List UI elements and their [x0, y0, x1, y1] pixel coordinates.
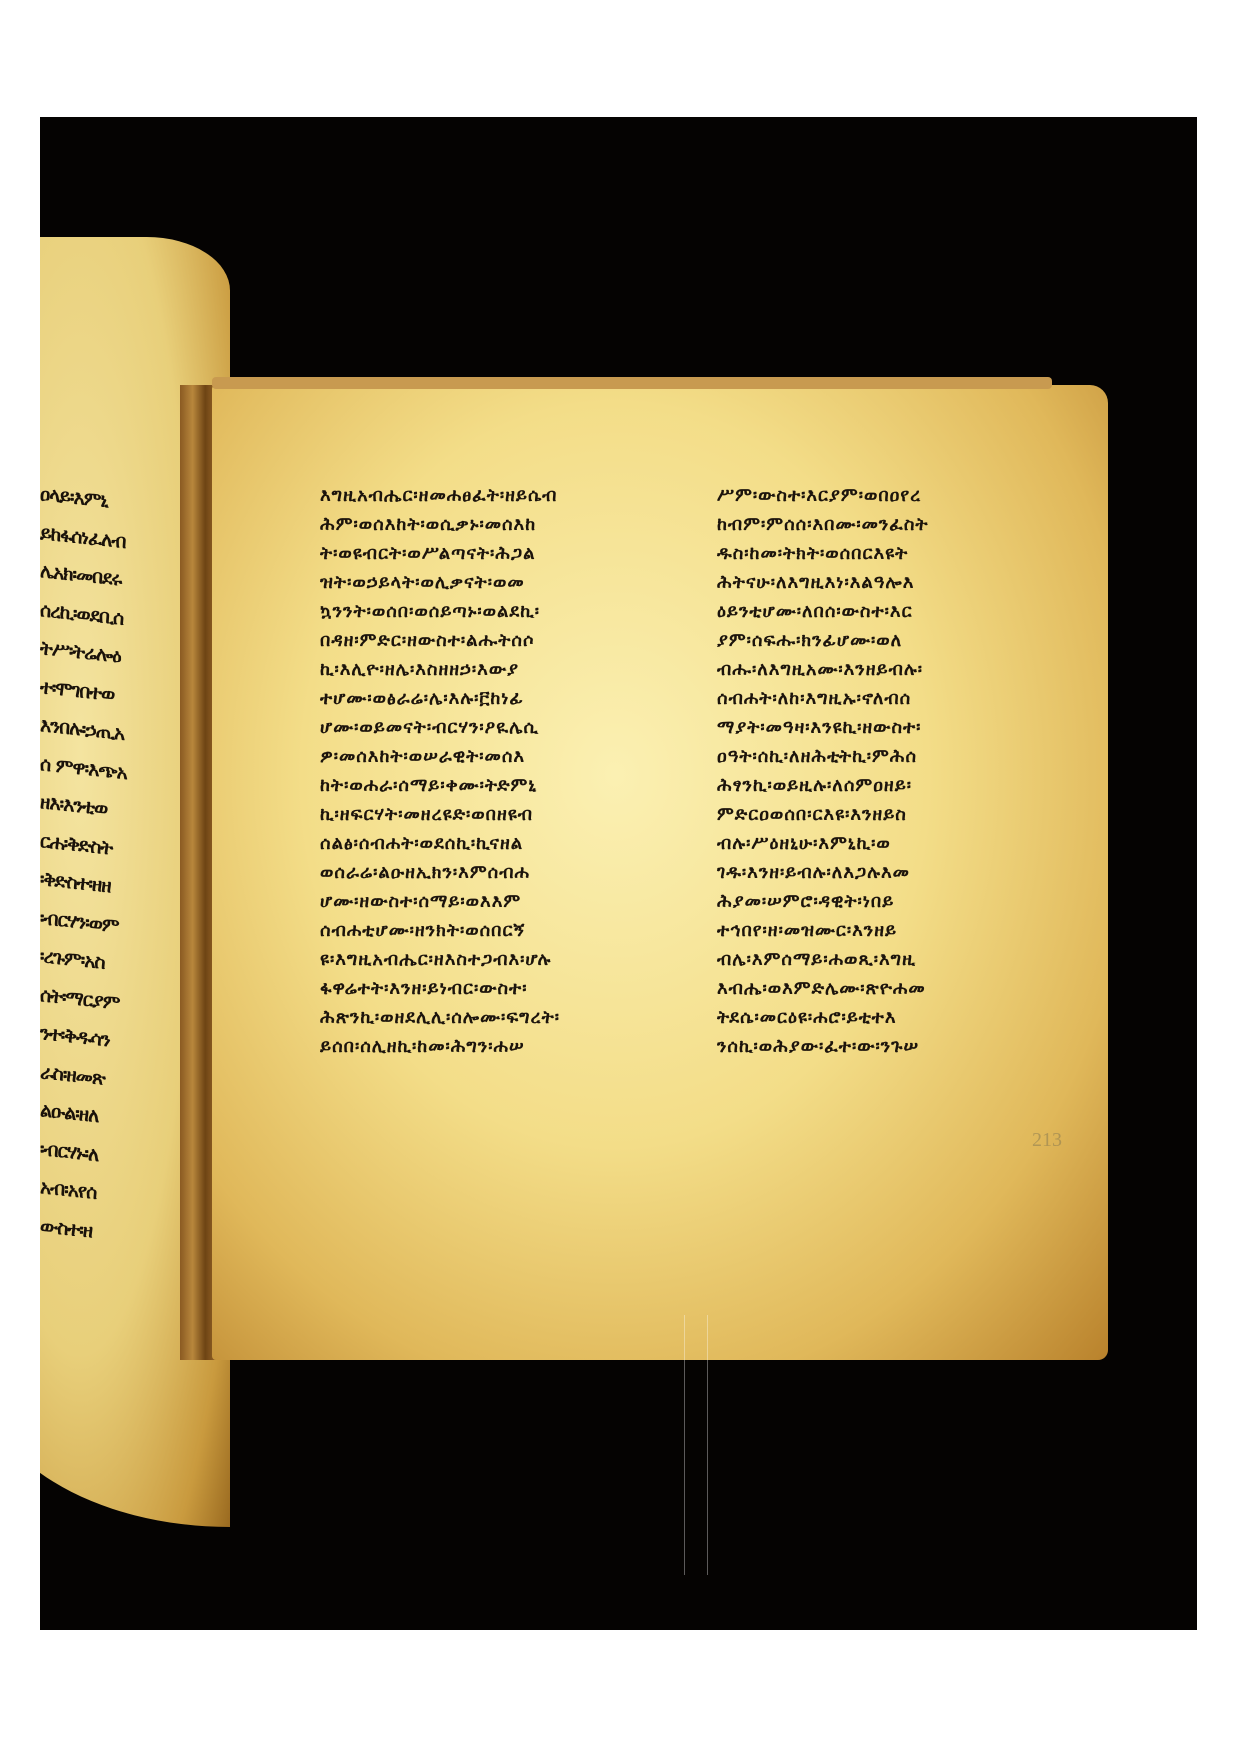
page-edge — [212, 377, 1052, 389]
manuscript-line: ዕይንቲሆሙ፡ለበሰ፡ውስተ፡እር — [717, 597, 1067, 626]
manuscript-line: ሕያመ፡ሠምሮ፡ዳዊት፡ነበይ — [717, 887, 1067, 916]
manuscript-line: ወሰራሬ፡ልዑዘኢክን፡እምሰብሐ — [320, 858, 680, 887]
manuscript-line: ሰልፅ፡ሰብሐት፡ወደሰኪ፡ኪናዘል — [320, 829, 680, 858]
text-column-right: ሥም፡ውስተ፡እርያም፡ወበዐየረከብም፡ምሰሰ፡እበሙ፡መንፈስትዱስ፡ከመ፡… — [717, 481, 1067, 1061]
manuscript-line: ትደሴ፡መርዕዩ፡ሐሮ፡ይቲተእ — [717, 1003, 1067, 1032]
ruling-line — [707, 1315, 708, 1575]
manuscript-line: ዱስ፡ከመ፡ትክት፡ወሰበርእዩት — [717, 539, 1067, 568]
manuscript-line: ዎ፡መሰእከት፡ወሠራዊት፡መሰእ — [320, 742, 680, 771]
manuscript-line: ብሌ፡እምሰማይ፡ሐወጺ፡እግዚ — [717, 945, 1067, 974]
manuscript-line: ብሑ፡ለእግዚአሙ፡እንዘይብሉ፡ — [717, 655, 1067, 684]
manuscript-line: ት፡ወዩብርት፡ወሥልጣናት፡ሕጋል — [320, 539, 680, 568]
manuscript-line: እብሔ፡ወእምድሌሙ፡ጽዮሐመ — [717, 974, 1067, 1003]
manuscript-line: ሆሙ፡ዘውስተ፡ሰማይ፡ወእእም — [320, 887, 680, 916]
manuscript-line: ከት፡ወሐራ፡ሰማይ፡ቀሙ፡ትድምኒ — [320, 771, 680, 800]
manuscript-line: ሰብሐት፡ለከ፡እግዚኡ፡ኖለብሰ — [717, 684, 1067, 713]
manuscript-line: ንሰኪ፡ወሕያው፡ፈተ፡ው፡ንጉሠ — [717, 1032, 1067, 1061]
manuscript-line: ማያት፡መዓዛ፡እንዩኪ፡ዘውስተ፡ — [717, 713, 1067, 742]
manuscript-line: ዝት፡ወኃይላት፡ወሊቃናት፡ወመ — [320, 568, 680, 597]
manuscript-line: ይሰበ፡ሰሊዘኪ፡ከመ፡ሕግን፡ሐሠ — [320, 1032, 680, 1061]
manuscript-line: ከብም፡ምሰሰ፡እበሙ፡መንፈስት — [717, 510, 1067, 539]
manuscript-line: ዐዓት፡ሰኪ፡ለዘሕቲትኪ፡ምሕሰ — [717, 742, 1067, 771]
manuscript-photo: ዐላይ፡እምኒይከፋሰነፈለብሌአክ፡መበደሩሰረኪ፡ወደቢሰትሥ፡ትሬሎዕተ፡… — [40, 117, 1197, 1630]
manuscript-line: ተሆሙ፡ወፅራሬ፡ሌ፡እሉ፡፫ከነፊ — [320, 684, 680, 713]
manuscript-line: ሥም፡ውስተ፡እርያም፡ወበዐየረ — [717, 481, 1067, 510]
manuscript-line: ኪ፡ዘፍርሃት፡መዘረዩድ፡ወበዘዩብ — [320, 800, 680, 829]
manuscript-line: ዩ፡እግዚአብሔር፡ዘእስተጋብእ፡ሆሉ — [320, 945, 680, 974]
manuscript-line: ኳንንት፡ወሰበ፡ወሰይጣኑ፡ወልደኪ፡ — [320, 597, 680, 626]
text-column-left: እግዚአብሔር፡ዘመሐፀፈት፡ዘይሴብሕም፡ወሰእከት፡ወሲቃኑ፡መሰእከት፡ወ… — [320, 481, 680, 1061]
manuscript-line: ሕፃንኪ፡ወይዚሉ፡ለሰምዐዘይ፡ — [717, 771, 1067, 800]
manuscript-line: ተኅበየ፡ዘ፡መዝሙር፡እንዘይ — [717, 916, 1067, 945]
folio-number: 213 — [1032, 1129, 1062, 1152]
manuscript-line: ብሉ፡ሥዕዘኒሁ፡እምኒኪ፡ወ — [717, 829, 1067, 858]
manuscript-line: ፋዋሬተት፡እንዘ፡ይነብር፡ውስተ፡ — [320, 974, 680, 1003]
manuscript-line: በዳዘ፡ምድር፡ዘውስተ፡ልሑትሰሶ — [320, 626, 680, 655]
manuscript-line: ሕጽንኪ፡ወዘደሊሊ፡ሰሎሙ፡ፍግረት፡ — [320, 1003, 680, 1032]
manuscript-line: ሕም፡ወሰእከት፡ወሲቃኑ፡መሰእከ — [320, 510, 680, 539]
ruling-line — [684, 1315, 685, 1575]
manuscript-line: ሰብሐቲሆሙ፡ዘንክት፡ወሰበርኝ — [320, 916, 680, 945]
manuscript-line: እግዚአብሔር፡ዘመሐፀፈት፡ዘይሴብ — [320, 481, 680, 510]
manuscript-line: ያም፡ሰፍሑ፡ክንፊሆሙ፡ወለ — [717, 626, 1067, 655]
manuscript-line: ገዱ፡እንዘ፡ይብሉ፡ለእጋሉእመ — [717, 858, 1067, 887]
right-page: እግዚአብሔር፡ዘመሐፀፈት፡ዘይሴብሕም፡ወሰእከት፡ወሲቃኑ፡መሰእከት፡ወ… — [212, 385, 1108, 1360]
manuscript-line: ምድርዐወሰበ፡ርእዩ፡እንዘይስ — [717, 800, 1067, 829]
manuscript-line: ሆሙ፡ወይመናት፡ብርሃን፡ዖዪሌሲ — [320, 713, 680, 742]
manuscript-line: ሕትናሁ፡ለእግዚእነ፡እልዓሎእ — [717, 568, 1067, 597]
manuscript-line: ኪ፡እሊዮ፡ዘሌ፡እስዘዘኃ፡እውያ — [320, 655, 680, 684]
